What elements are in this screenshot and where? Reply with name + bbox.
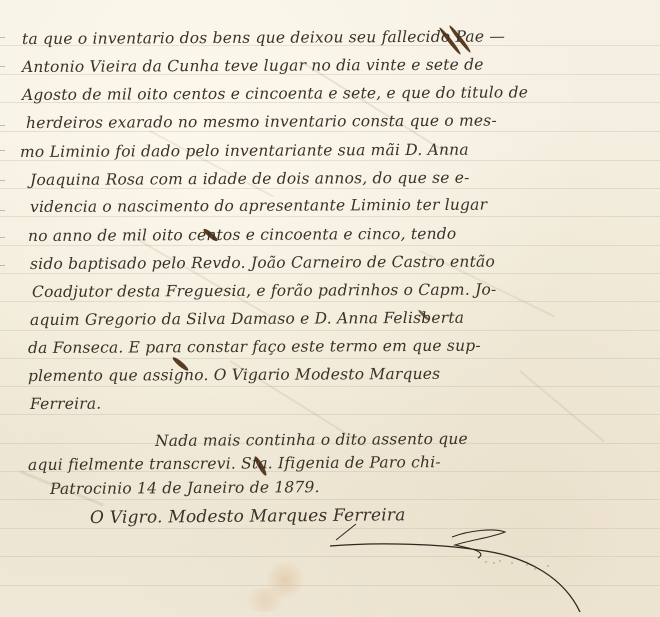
ruled-line [0,216,660,217]
text-line: plemento que assigno. O Vigario Modesto … [28,365,440,385]
paper-stain [240,588,290,612]
signature: O Vigro. Modesto Marques Ferreira [90,505,406,528]
ruled-line [0,386,660,387]
ruled-line [0,556,660,557]
text-line: mo Liminio foi dado pelo inventariante s… [20,141,469,161]
margin-tick [0,210,5,211]
ruled-line [0,245,660,246]
margin-tick [0,125,5,126]
ruled-line [0,528,660,529]
closing-line: Nada mais continha o dito assento que [155,430,468,450]
text-line: Agosto de mil oito centos e cincoenta e … [22,83,528,104]
margin-tick [0,265,5,266]
ruled-line [0,330,660,331]
margin-tick [0,37,5,38]
ruled-line [0,499,660,500]
bleed-through-stroke [519,370,605,442]
margin-tick [0,66,5,67]
ruled-line [0,273,660,274]
text-line: Joaquina Rosa com a idade de dois annos,… [30,169,470,189]
ruled-line [0,358,660,359]
margin-tick [0,237,5,238]
ruled-line [0,414,660,415]
text-line: herdeiros exarado no mesmo inventario co… [26,112,497,132]
text-line: da Fonseca. E para constar faço este ter… [28,337,481,357]
closing-line: aqui fielmente transcrevi. Sta. Ifigenia… [28,453,441,474]
text-line: Coadjutor desta Freguesia, e forão padri… [32,281,497,301]
margin-tick [0,150,5,151]
ruled-line [0,301,660,302]
text-line: aquim Gregorio da Silva Damaso e D. Anna… [30,309,464,329]
margin-tick [0,180,5,181]
text-line: Ferreira. [30,395,101,413]
text-line: sido baptisado pelo Revdo. João Carneiro… [30,253,495,273]
manuscript-page: ta que o inventario dos bens que deixou … [0,0,660,617]
text-line: ta que o inventario dos bens que deixou … [22,27,505,48]
text-line: Antonio Vieira da Cunha teve lugar no di… [22,56,484,76]
text-line: videncia o nascimento do apresentante Li… [30,196,487,216]
text-line: no anno de mil oito centos e cincoenta e… [28,225,457,245]
ruled-line [0,585,660,586]
closing-line: Patrocinio 14 de Janeiro de 1879. [50,478,320,498]
